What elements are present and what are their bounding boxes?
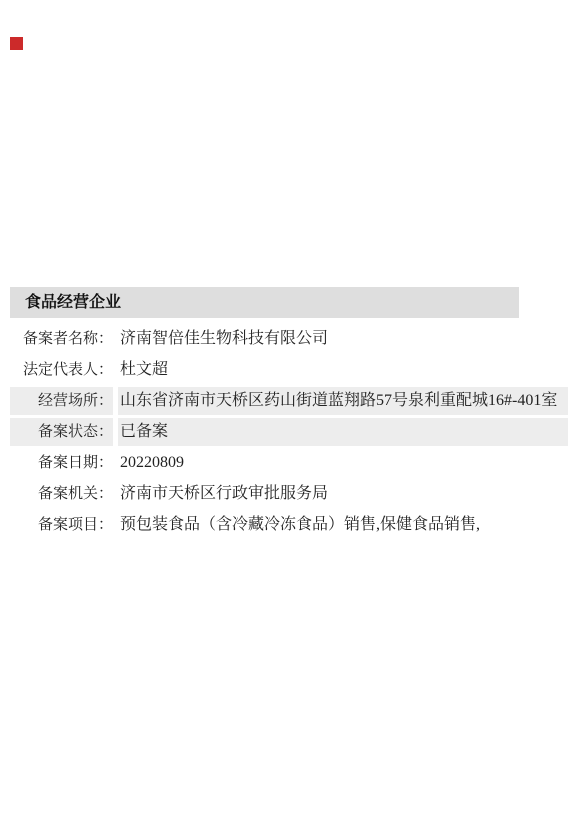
field-value: 济南市天桥区行政审批服务局 <box>118 480 568 508</box>
field-label: 经营场所： <box>10 387 113 415</box>
field-label: 备案日期： <box>10 449 113 477</box>
field-row-legal-representative: 法定代表人： 杜文超 <box>10 356 568 384</box>
field-row-filing-status: 备案状态： 已备案 <box>10 418 568 446</box>
section-header: 食品经营企业 <box>10 287 519 318</box>
field-value: 预包装食品（含冷藏冷冻食品）销售,保健食品销售, <box>118 511 568 539</box>
field-label: 备案机关： <box>10 480 113 508</box>
field-value: 已备案 <box>118 418 568 446</box>
field-label: 备案状态： <box>10 418 113 446</box>
field-value: 山东省济南市天桥区药山街道蓝翔路57号泉利重配城16#-401室 <box>118 387 568 415</box>
red-square-icon <box>10 37 23 50</box>
field-label: 备案项目： <box>10 511 113 539</box>
field-label: 备案者名称： <box>10 325 113 353</box>
business-info-table: 备案者名称： 济南智倍佳生物科技有限公司 法定代表人： 杜文超 经营场所： 山东… <box>10 325 568 542</box>
field-row-filing-authority: 备案机关： 济南市天桥区行政审批服务局 <box>10 480 568 508</box>
field-label: 法定代表人： <box>10 356 113 384</box>
field-row-filing-date: 备案日期： 20220809 <box>10 449 568 477</box>
field-value: 济南智倍佳生物科技有限公司 <box>118 325 568 353</box>
field-row-filing-items: 备案项目： 预包装食品（含冷藏冷冻食品）销售,保健食品销售, <box>10 511 568 539</box>
field-value: 杜文超 <box>118 356 568 384</box>
field-row-applicant-name: 备案者名称： 济南智倍佳生物科技有限公司 <box>10 325 568 353</box>
field-row-business-premises: 经营场所： 山东省济南市天桥区药山街道蓝翔路57号泉利重配城16#-401室 <box>10 387 568 415</box>
field-value: 20220809 <box>118 449 568 477</box>
